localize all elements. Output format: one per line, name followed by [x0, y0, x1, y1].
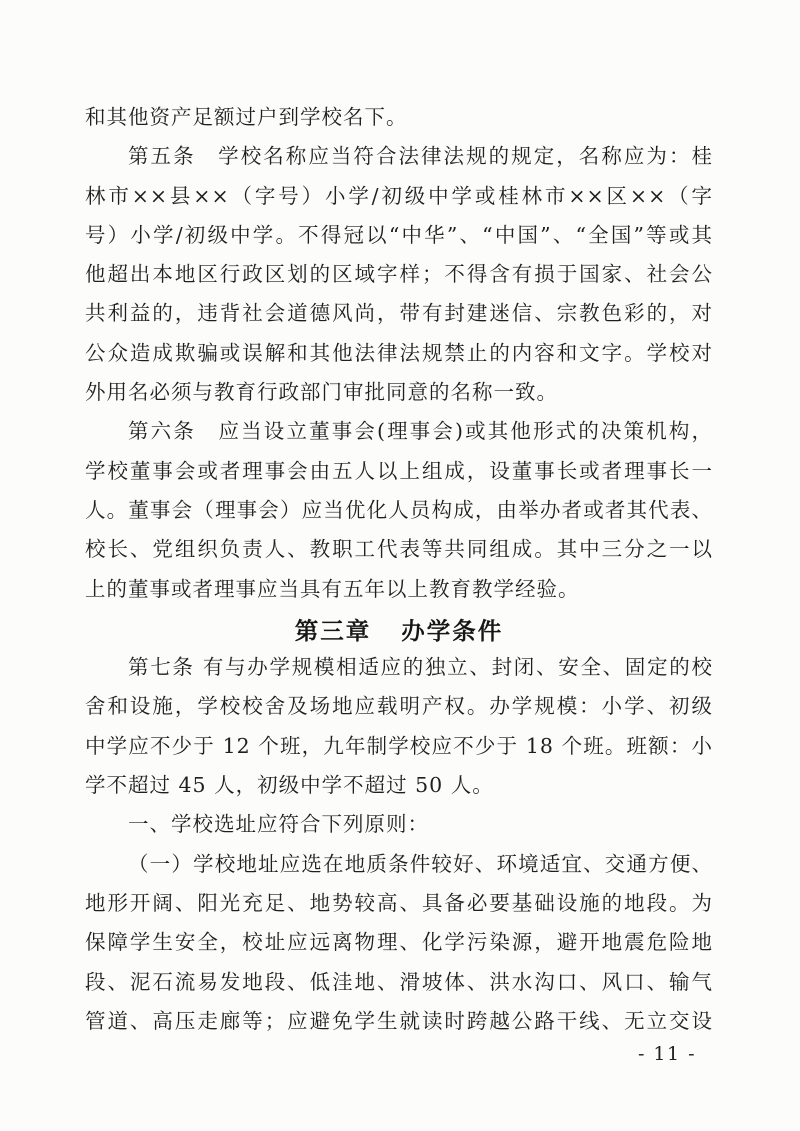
body-line: 管道、高压走廊等；应避免学生就读时跨越公路干线、无立交设	[85, 1002, 713, 1041]
body-line: 和其他资产足额过户到学校名下。	[85, 98, 713, 137]
body-line: 共利益的，违背社会道德风尚，带有封建迷信、宗教色彩的，对	[85, 294, 713, 333]
document-page: 和其他资产足额过户到学校名下。 第五条 学校名称应当符合法律法规的规定，名称应为…	[0, 0, 800, 1131]
body-line: 学不超过 45 人，初级中学不超过 50 人。	[85, 766, 713, 805]
body-line: 段、泥石流易发地段、低洼地、滑坡体、洪水沟口、风口、输气	[85, 963, 713, 1002]
chapter-number: 第三章	[295, 612, 372, 646]
body-line: 中学应不少于 12 个班，九年制学校应不少于 18 个班。班额：小	[85, 727, 713, 766]
body-line: 学校董事会或者理事会由五人以上组成，设董事长或者理事长一	[85, 452, 713, 491]
body-line: 保障学生安全，校址应远离物理、化学污染源，避开地震危险地	[85, 923, 713, 962]
body-line: 上的董事或者理事应当具有五年以上教育教学经验。	[85, 570, 713, 609]
body-line: 林市××县××（字号）小学/初级中学或桂林市××区××（字	[85, 177, 713, 216]
body-line: 号）小学/初级中学。不得冠以“中华”、“中国”、“全国”等或其	[85, 216, 713, 255]
body-line: 他超出本地区行政区划的区域字样；不得含有损于国家、社会公	[85, 255, 713, 294]
body-line-article-7: 第七条 有与办学规模相适应的独立、封闭、安全、固定的校	[85, 648, 713, 687]
body-line-list-item: （一）学校地址应选在地质条件较好、环境适宜、交通方便、	[85, 845, 713, 884]
body-line-article-5: 第五条 学校名称应当符合法律法规的规定，名称应为：桂	[85, 137, 713, 176]
body-line: 舍和设施，学校校舍及场地应载明产权。办学规模：小学、初级	[85, 687, 713, 726]
chapter-heading: 第三章 办学条件	[85, 609, 713, 648]
body-line: 校长、党组织负责人、教职工代表等共同组成。其中三分之一以	[85, 530, 713, 569]
body-line-article-6: 第六条 应当设立董事会(理事会)或其他形式的决策机构，	[85, 412, 713, 451]
body-line: 人。董事会（理事会）应当优化人员构成，由举办者或者其代表、	[85, 491, 713, 530]
document-body: 和其他资产足额过户到学校名下。 第五条 学校名称应当符合法律法规的规定，名称应为…	[85, 98, 713, 1041]
body-line-list-item: 一、学校选址应符合下列原则：	[85, 805, 713, 844]
body-line: 公众造成欺骗或误解和其他法律法规禁止的内容和文字。学校对	[85, 334, 713, 373]
body-line: 地形开阔、阳光充足、地势较高、具备必要基础设施的地段。为	[85, 884, 713, 923]
body-line: 外用名必须与教育行政部门审批同意的名称一致。	[85, 373, 713, 412]
chapter-title: 办学条件	[401, 612, 503, 646]
page-number: - 11 -	[626, 1043, 708, 1065]
